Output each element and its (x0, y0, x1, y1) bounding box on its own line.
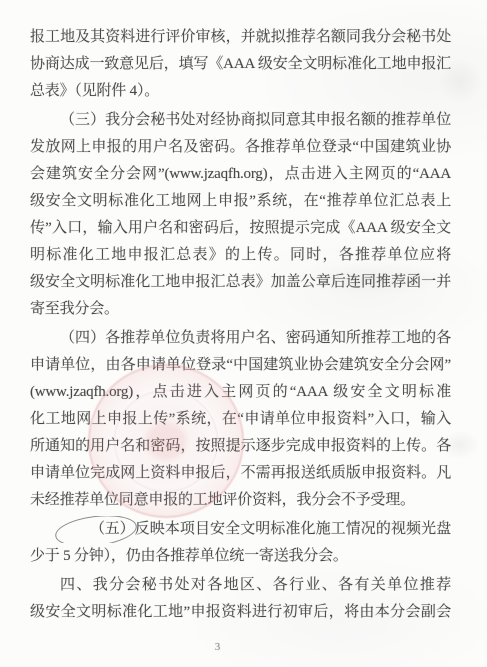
text-line: 申请单位完成网上资料申报后，不需再报送纸质版申报资料。凡 (30, 460, 451, 487)
text-line: 级安全文明标准化工地申报汇总表》加盖公章后连同推荐函一并 (30, 269, 451, 296)
text-line: 级安全文明标准化工地”申报资料进行初审后，将由本分会副会 (30, 599, 451, 626)
document-page: 报工地及其资料进行评价审核，并就拟推荐名额同我分会秘书处协商达成一致意见后，填写… (0, 0, 487, 667)
paragraph: （三）我分会秘书处对经协商拟同意其申报名额的推荐单位发放网上申报的用户名及密码。… (30, 107, 451, 323)
text-line: 会建筑安全分会网”(www.jzaqfh.org)，点击进入主网页的“AAA (30, 161, 451, 188)
text-line: 少于 5 分钟），仍由各推荐单位统一寄送我分会。 (30, 543, 451, 570)
text-line: （五）反映本项目安全文明标准化施工情况的视频光盘（不 (30, 516, 451, 543)
text-line: 化工地网上申报上传”系统，在“申请单位申报资料”入口，输入 (30, 406, 451, 433)
text-line: 级安全文明标准化工地网上申报”系统，在“推荐单位汇总表上 (30, 188, 451, 215)
text-line: 所通知的用户名和密码，按照提示逐步完成申报资料的上传。各 (30, 433, 451, 460)
text-line: 发放网上申报的用户名及密码。各推荐单位登录“中国建筑业协 (30, 134, 451, 161)
pen-circle-annotation: （五） (60, 516, 134, 543)
text-line: 协商达成一致意见后，填写《AAA 级安全文明标准化工地申报汇 (30, 51, 451, 78)
text-line: （三）我分会秘书处对经协商拟同意其申报名额的推荐单位 (30, 107, 451, 134)
page-number: 3 (0, 641, 435, 653)
document-body: 报工地及其资料进行评价审核，并就拟推荐名额同我分会秘书处协商达成一致意见后，填写… (30, 24, 451, 628)
text-line: 总表》（见附件 4）。 (30, 78, 451, 105)
paragraph: 四、我分会秘书处对各地区、各行业、各有关单位推荐的“AAA级安全文明标准化工地”… (30, 572, 451, 626)
text-line: 明标准化工地申报汇总表》的上传。同时，各推荐单位应将《AAA (30, 242, 451, 269)
paragraph: （五）反映本项目安全文明标准化施工情况的视频光盘（不少于 5 分钟），仍由各推荐… (30, 516, 451, 570)
text-line: 寄至我分会。 (30, 296, 451, 323)
text-line: （四）各推荐单位负责将用户名、密码通知所推荐工地的各 (30, 325, 451, 352)
text-line: 未经推荐单位同意申报的工地评价资料，我分会不予受理。 (30, 487, 451, 514)
text-line: 申请单位，由各申请单位登录“中国建筑业协会建筑安全分会网” (30, 352, 451, 379)
text-line: 报工地及其资料进行评价审核，并就拟推荐名额同我分会秘书处 (30, 24, 451, 51)
paragraph: （四）各推荐单位负责将用户名、密码通知所推荐工地的各申请单位，由各申请单位登录“… (30, 325, 451, 514)
paragraph: 报工地及其资料进行评价审核，并就拟推荐名额同我分会秘书处协商达成一致意见后，填写… (30, 24, 451, 105)
text-line: (www.jzaqfh.org)，点击进入主网页的“AAA 级安全文明标准 (30, 379, 451, 406)
text-line: 四、我分会秘书处对各地区、各行业、各有关单位推荐的“AAA (30, 572, 451, 599)
text-line: 传”入口，输入用户名和密码后，按照提示完成《AAA 级安全文 (30, 215, 451, 242)
